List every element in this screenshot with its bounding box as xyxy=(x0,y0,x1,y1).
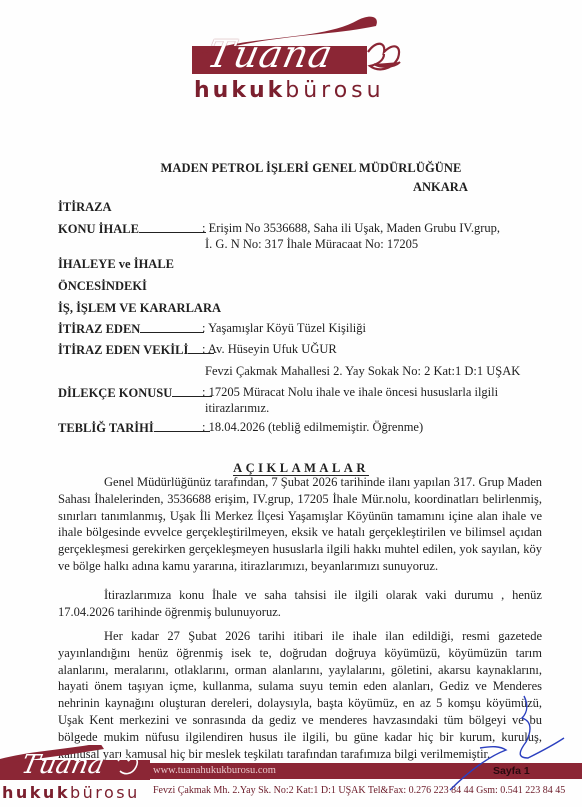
addressee: MADEN PETROL İŞLERİ GENEL MÜDÜRLÜĞÜNE xyxy=(0,161,582,176)
paragraph-3: Her kadar 27 Şubat 2026 tarihi itibari i… xyxy=(58,628,542,762)
teblig-value: : 18.04.2026 (tebliğ edilmemiştir. Öğren… xyxy=(202,420,423,436)
dilekce-value-1: : 17205 Müracat Nolu ihale ve ihale önce… xyxy=(202,385,498,401)
leader-line xyxy=(140,322,204,333)
vekil-value: : Av. Hüseyin Ufuk UĞUR xyxy=(202,342,337,358)
teblig-field: TEBLİĞ TARİHİ xyxy=(58,421,210,436)
footer-address: Fevzi Çakmak Mh. 2.Yay Sk. No:2 Kat:1 D:… xyxy=(153,785,565,796)
konu-ihale-label: KONU İHALE xyxy=(58,222,139,236)
logo-subtitle: hukukbürosu xyxy=(194,78,385,103)
ihaleye-label-3: İŞ, İŞLEM VE KARARLARA xyxy=(58,301,221,316)
vekil-address: Fevzi Çakmak Mahallesi 2. Yay Sokak No: … xyxy=(205,364,520,380)
dilekce-label: DİLEKÇE KONUSU xyxy=(58,386,172,400)
footer-logo-subtitle: hukukbürosu xyxy=(2,783,140,802)
vekil-field: İTİRAZ EDEN VEKİLİ xyxy=(58,343,214,358)
dilekce-value-2: itirazlarımız. xyxy=(205,401,269,417)
itiraz-eden-field: İTİRAZ EDEN xyxy=(58,322,204,337)
vekil-label: İTİRAZ EDEN VEKİLİ xyxy=(58,343,188,357)
logo-brand: Tuana xyxy=(203,32,337,76)
page-number: Sayfa 1 xyxy=(493,763,530,779)
konu-ihale-value-2: İ. G. N No: 317 İhale Müracaat No: 17205 xyxy=(205,237,418,253)
footer-logo-brand: Tuana xyxy=(19,750,107,780)
itiraz-eden-value: : Yaşamışlar Köyü Tüzel Kişiliği xyxy=(202,321,366,337)
paragraph-2: İtirazlarımıza konu İhale ve saha tahsis… xyxy=(58,587,542,621)
ihaleye-label-1: İHALEYE ve İHALE xyxy=(58,257,174,272)
city: ANKARA xyxy=(413,180,468,195)
footer-website-link[interactable]: www.tuanahukukburosu.com xyxy=(153,763,276,779)
ihaleye-label-2: ÖNCESİNDEKİ xyxy=(58,279,147,294)
konu-ihale-value-1: : Erişim No 3536688, Saha ili Uşak, Made… xyxy=(202,221,500,237)
teblig-label: TEBLİĞ TARİHİ xyxy=(58,421,154,435)
dilekce-field: DİLEKÇE KONUSU xyxy=(58,386,212,401)
itiraza-label: İTİRAZA xyxy=(58,200,112,215)
itiraz-eden-label: İTİRAZ EDEN xyxy=(58,322,140,336)
footer-logo: Tuana hukukbürosu xyxy=(0,745,150,805)
konu-ihale-field: KONU İHALE xyxy=(58,222,206,237)
header-logo: Tuana hukukbürosu xyxy=(180,12,410,107)
leader-line xyxy=(139,222,206,233)
paragraph-1: Genel Müdürlüğünüz tarafından, 7 Şubat 2… xyxy=(58,474,542,575)
